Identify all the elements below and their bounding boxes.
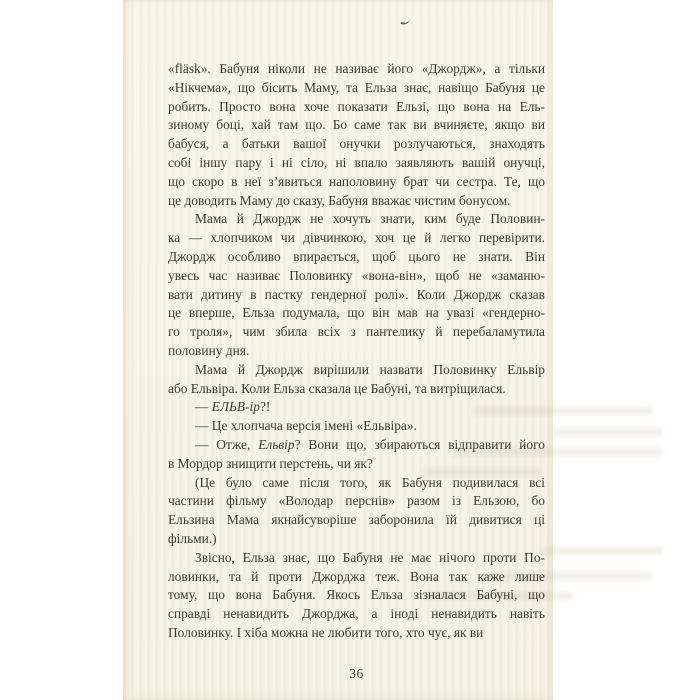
text-line: — ЕЛЬВ-ір?! (168, 398, 545, 417)
italic-text: ЕЛЬВ-ір (212, 399, 260, 414)
text-line: Ельзина Мама якнайсуворіше заборонила їй… (168, 511, 545, 530)
body-text: в Мордор знищити перстень, чи як? (168, 456, 373, 471)
bleedthrough-smudge (543, 547, 663, 555)
bleedthrough-smudge (553, 428, 663, 436)
text-line: це вперше, Ельза подумала, що він мав на… (168, 304, 545, 323)
italic-text: Ельвір (258, 437, 294, 452)
text-line: бабуся, а батьки вашої онучки розлучають… (168, 135, 545, 154)
text-line: — Це хлопчача версія імені «Ельвіра». (168, 417, 545, 436)
text-line: го троля», чим збила всіх з пантелику й … (168, 323, 545, 342)
text-line: «Нікчема», що бісить Маму, та Ельза знає… (168, 79, 545, 98)
text-line: робить. Просто вона хоче показати Ельзі,… (168, 98, 545, 117)
body-text: Ельзина Мама якнайсуворіше заборонила їй… (168, 512, 545, 527)
body-text: справді ненавидить Джорджа, а іноді нена… (168, 606, 545, 621)
body-text: або Ельвіра. Коли Ельза сказала це Бабун… (168, 381, 506, 396)
body-text: ?! (260, 399, 270, 414)
body-text: го троля», чим збила всіх з пантелику й … (168, 324, 545, 339)
text-line: Мама й Джордж вирішили назвати Половинку… (168, 361, 545, 380)
body-text: Звісно, Ельза знає, що Бабуня не має ніч… (195, 550, 545, 565)
body-text: (Це було саме після того, як Бабуня поди… (195, 475, 545, 490)
text-line: — Отже, Ельвір? Вони що, збираються відп… (168, 436, 545, 455)
text-line: це доводить Маму до сказу, Бабуня вважає… (168, 192, 545, 211)
body-text: «Нікчема», що бісить Маму, та Ельза знає… (168, 80, 545, 95)
text-line: (Це було саме після того, як Бабуня поди… (168, 474, 545, 493)
body-text: ловинки, та й проти Джорджа теж. Вона та… (168, 569, 545, 584)
text-line: в Мордор знищити перстень, чи як? (168, 455, 545, 474)
body-text: ? Вони що, збираються відправити його (295, 437, 545, 452)
body-text: Мама й Джордж вирішили назвати Половинку… (195, 362, 545, 377)
body-text: що скоро в неї з’явиться наполовину брат… (168, 174, 545, 189)
text-line: «fläsk». Бабуня ніколи не називає його «… (168, 60, 545, 79)
body-text: «fläsk». Бабуня ніколи не називає його «… (168, 61, 545, 76)
text-line: справді ненавидить Джорджа, а іноді нена… (168, 605, 545, 624)
body-text: вати дитину в пастку гендерної ролі». Ко… (168, 287, 545, 302)
body-text: бабуся, а батьки вашої онучки розлучають… (168, 136, 545, 151)
body-text: — (195, 399, 212, 414)
body-text: частини фільму «Володар перснів» разом і… (168, 493, 545, 508)
ink-speck (400, 16, 410, 26)
text-line: собі іншу пару і ні сіло, ні впало заявл… (168, 154, 545, 173)
text-line: або Ельвіра. Коли Ельза сказала це Бабун… (168, 380, 545, 399)
body-text: — Отже, (195, 437, 258, 452)
body-text: це доводить Маму до сказу, Бабуня вважає… (168, 193, 511, 208)
body-text: тому, що вона Бабуня. Якось Ельза зізнал… (168, 587, 545, 602)
body-text: це вперше, Ельза подумала, що він мав на… (168, 305, 545, 320)
body-text: Мама й Джордж не хочуть знати, ким буде … (195, 211, 545, 226)
text-line: Звісно, Ельза знає, що Бабуня не має ніч… (168, 549, 545, 568)
body-text: — Це хлопчача версія імені «Ельвіра». (195, 418, 417, 433)
text-line: що скоро в неї з’явиться наполовину брат… (168, 173, 545, 192)
text-line: увесь час називає Половинку «вона-він», … (168, 267, 545, 286)
text-line: фільми.) (168, 530, 545, 549)
text-line: Половинку. І хіба можна не любити того, … (168, 624, 545, 643)
text-line: тому, що вона Бабуня. Якось Ельза зізнал… (168, 586, 545, 605)
body-text: половину дня. (168, 343, 249, 358)
text-line: зиному боці, хай там що. Бо саме так ви … (168, 116, 545, 135)
text-line: ка — хлопчиком чи дівчинкою, хоч це й ле… (168, 229, 545, 248)
text-line: частини фільму «Володар перснів» разом і… (168, 492, 545, 511)
scan-background: «fläsk». Бабуня ніколи не називає його «… (0, 0, 700, 700)
body-text: фільми.) (168, 531, 217, 546)
body-text: зиному боці, хай там що. Бо саме так ви … (168, 117, 545, 132)
body-text: ка — хлопчиком чи дівчинкою, хоч це й ле… (168, 230, 545, 245)
text-line: Джордж особливо впирається, щоб цього не… (168, 248, 545, 267)
text-line: Мама й Джордж не хочуть знати, ким буде … (168, 210, 545, 229)
text-line: вати дитину в пастку гендерної ролі». Ко… (168, 286, 545, 305)
page-number: 36 (168, 666, 545, 682)
body-text: робить. Просто вона хоче показати Ельзі,… (168, 99, 545, 114)
text-line: половину дня. (168, 342, 545, 361)
book-page: «fläsk». Бабуня ніколи не називає його «… (123, 0, 553, 700)
body-text: Джордж особливо впирається, щоб цього не… (168, 249, 545, 264)
text-line: ловинки, та й проти Джорджа теж. Вона та… (168, 568, 545, 587)
body-text: увесь час називає Половинку «вона-він», … (168, 268, 545, 283)
body-text: Половинку. І хіба можна не любити того, … (168, 625, 483, 640)
body-text: собі іншу пару і ні сіло, ні впало заявл… (168, 155, 545, 170)
page-text: «fläsk». Бабуня ніколи не називає його «… (168, 60, 545, 643)
